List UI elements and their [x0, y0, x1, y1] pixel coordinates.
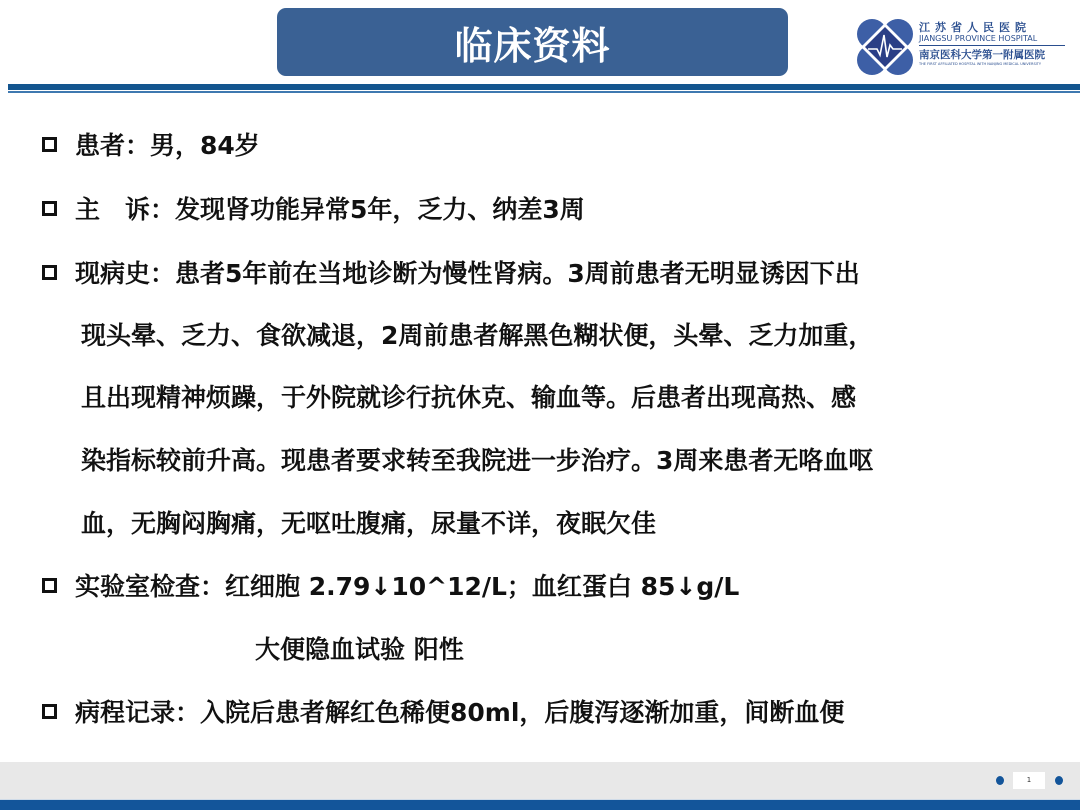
- page-number: 1: [1013, 772, 1045, 789]
- item-text: 发现肾功能异常5年，乏力、纳差3周: [175, 195, 585, 224]
- item-label: 主 诉：: [75, 195, 175, 224]
- checkbox-bullet-icon: [42, 704, 57, 719]
- checkbox-bullet-icon: [42, 137, 57, 152]
- item-label: 现病史：: [75, 259, 175, 288]
- checkbox-bullet-icon: [42, 265, 57, 280]
- item-text: 红细胞 2.79↓10^12/L；血红蛋白 85↓g/L: [225, 572, 739, 601]
- item-label: 患者：: [75, 131, 150, 160]
- logo-en-name: JIANGSU PROVINCE HOSPITAL: [919, 34, 1065, 46]
- item-text-continued: 血，无胸闷胸痛，无呕吐腹痛，尿量不详，夜眠欠佳: [81, 508, 656, 540]
- list-item-course-record: 病程记录：入院后患者解红色稀便80ml，后腹泻逐渐加重，间断血便: [42, 697, 844, 729]
- item-text: 男，84岁: [150, 131, 260, 160]
- list-item-chief-complaint: 主 诉：发现肾功能异常5年，乏力、纳差3周: [42, 194, 585, 226]
- checkbox-bullet-icon: [42, 201, 57, 216]
- item-text: 患者5年前在当地诊断为慢性肾病。3周前患者无明显诱因下出: [175, 259, 860, 288]
- item-label: 实验室检查：: [75, 572, 225, 601]
- title-banner: 临床资料: [277, 8, 788, 76]
- footer-strip: [0, 800, 1080, 810]
- hospital-logo: 江苏省人民医院 JIANGSU PROVINCE HOSPITAL 南京医科大学…: [855, 17, 1065, 77]
- item-label: 病程记录：: [75, 698, 200, 727]
- item-text-continued: 大便隐血试验 阳性: [255, 634, 464, 666]
- logo-cn-name: 江苏省人民医院: [919, 21, 1065, 34]
- heartbeat-emblem-icon: [855, 17, 915, 77]
- item-text-continued: 现头晕、乏力、食欲减退，2周前患者解黑色糊状便，头晕、乏力加重，: [81, 320, 873, 352]
- dot-icon: [996, 776, 1004, 785]
- footer-bar: [0, 762, 1080, 800]
- item-text-continued: 且出现精神烦躁，于外院就诊行抗休克、输血等。后患者出现高热、感: [81, 382, 856, 414]
- item-text: 入院后患者解红色稀便80ml，后腹泻逐渐加重，间断血便: [200, 698, 844, 727]
- header-divider: [8, 84, 1080, 90]
- header-divider-thin: [8, 91, 1080, 93]
- list-item-present-illness: 现病史：患者5年前在当地诊断为慢性肾病。3周前患者无明显诱因下出: [42, 258, 860, 290]
- list-item-patient: 患者：男，84岁: [42, 130, 260, 162]
- checkbox-bullet-icon: [42, 578, 57, 593]
- page-title: 临床资料: [454, 15, 610, 70]
- item-text-continued: 染指标较前升高。现患者要求转至我院进一步治疗。3周来患者无咯血呕: [81, 445, 873, 477]
- logo-en-affiliation: THE FIRST AFFILIATED HOSPITAL WITH NANJI…: [919, 62, 1065, 67]
- logo-cn-affiliation: 南京医科大学第一附属医院: [919, 48, 1065, 62]
- dot-icon: [1055, 776, 1063, 785]
- logo-text-block: 江苏省人民医院 JIANGSU PROVINCE HOSPITAL 南京医科大学…: [919, 21, 1065, 67]
- list-item-lab-tests: 实验室检查：红细胞 2.79↓10^12/L；血红蛋白 85↓g/L: [42, 571, 739, 603]
